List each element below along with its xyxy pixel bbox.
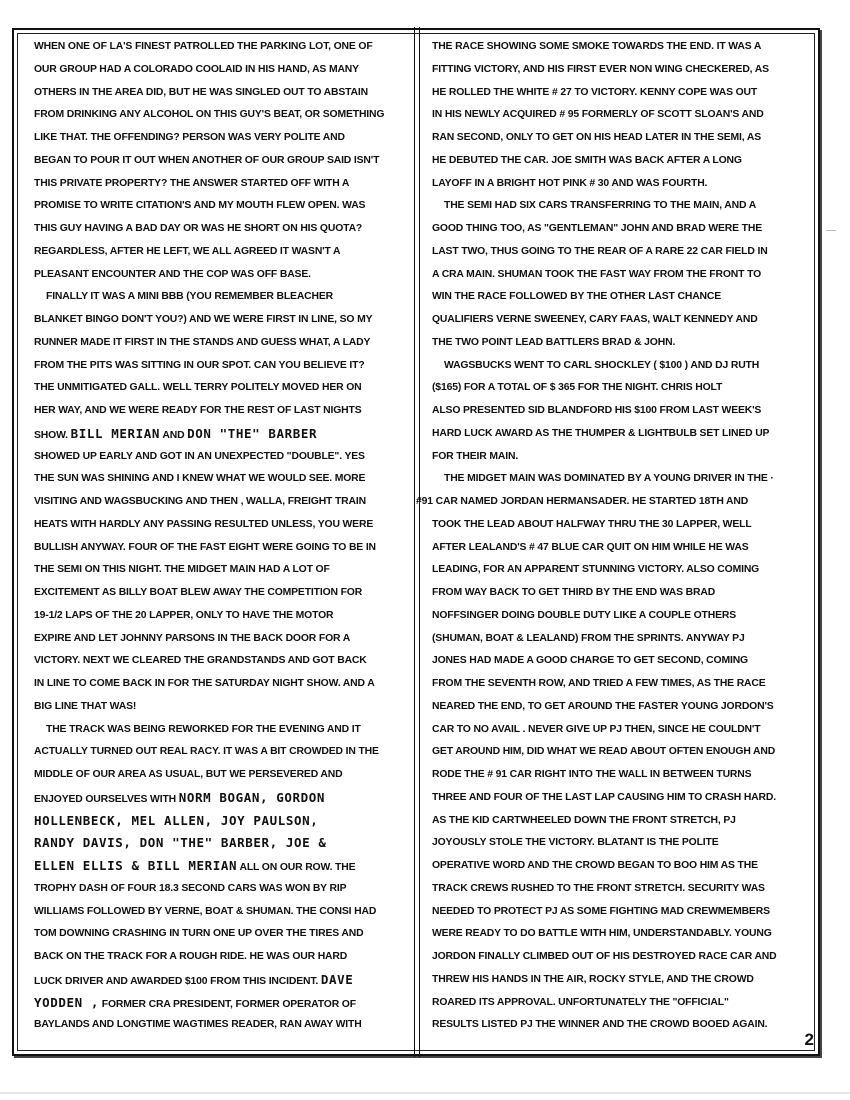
text-run: CAR TO NO AVAIL . NEVER GIVE UP PJ THEN,… bbox=[432, 724, 760, 735]
text-run: HEATS WITH HARDLY ANY PASSING RESULTED U… bbox=[34, 519, 373, 530]
text-run: FORMER CRA PRESIDENT, FORMER OPERATOR OF bbox=[99, 999, 356, 1010]
text-run: LUCK DRIVER AND AWARDED $100 FROM THIS I… bbox=[34, 976, 321, 987]
text-line: BIG LINE THAT WAS! bbox=[34, 696, 406, 719]
text-run: EXPIRE AND LET JOHNNY PARSONS IN THE BAC… bbox=[34, 633, 350, 644]
page-border: WHEN ONE OF LA'S FINEST PATROLLED THE PA… bbox=[12, 28, 820, 1056]
text-line: #91 CAR NAMED JORDAN HERMANSADER. HE STA… bbox=[416, 491, 804, 514]
text-run: ALSO PRESENTED SID BLANDFORD HIS $100 FR… bbox=[432, 405, 761, 416]
text-line: THE MIDGET MAIN WAS DOMINATED BY A YOUNG… bbox=[432, 468, 804, 491]
text-line: THE TWO POINT LEAD BATTLERS BRAD & JOHN. bbox=[432, 332, 804, 355]
text-line: LIKE THAT. THE OFFENDING? PERSON WAS VER… bbox=[34, 127, 406, 150]
bold-name: BILL MERIAN bbox=[71, 426, 160, 441]
text-run: JONES HAD MADE A GOOD CHARGE TO GET SECO… bbox=[432, 655, 748, 666]
text-line: TRACK CREWS RUSHED TO THE FRONT STRETCH.… bbox=[432, 878, 804, 901]
text-run: RODE THE # 91 CAR RIGHT INTO THE WALL IN… bbox=[432, 769, 751, 780]
text-run: IN HIS NEWLY ACQUIRED # 95 FORMERLY OF S… bbox=[432, 109, 764, 120]
text-run: AS THE KID CARTWHEELED DOWN THE FRONT ST… bbox=[432, 815, 736, 826]
text-line: THIS GUY HAVING A BAD DAY OR WAS HE SHOR… bbox=[34, 218, 406, 241]
text-run: FINALLY IT WAS A MINI BBB (YOU REMEMBER … bbox=[46, 291, 333, 302]
text-line: JOYOUSLY STOLE THE VICTORY. BLATANT IS T… bbox=[432, 832, 804, 855]
text-line: SHOWED UP EARLY AND GOT IN AN UNEXPECTED… bbox=[34, 446, 406, 469]
text-line: THE RACE SHOWING SOME SMOKE TOWARDS THE … bbox=[432, 36, 804, 59]
text-run: OPERATIVE WORD AND THE CROWD BEGAN TO BO… bbox=[432, 860, 758, 871]
text-run: EXCITEMENT AS BILLY BOAT BLEW AWAY THE C… bbox=[34, 587, 362, 598]
text-line: GET AROUND HIM, DID WHAT WE READ ABOUT O… bbox=[432, 741, 804, 764]
text-line: FROM DRINKING ANY ALCOHOL ON THIS GUY'S … bbox=[34, 104, 406, 127]
text-run: 19-1/2 LAPS OF THE 20 LAPPER, ONLY TO HA… bbox=[34, 610, 333, 621]
scan-mark bbox=[826, 230, 836, 231]
text-line: RAN SECOND, ONLY TO GET ON HIS HEAD LATE… bbox=[432, 127, 804, 150]
text-line: NEEDED TO PROTECT PJ AS SOME FIGHTING MA… bbox=[432, 901, 804, 924]
text-run: FROM THE PITS WAS SITTING IN OUR SPOT. C… bbox=[34, 360, 365, 371]
text-line: VISITING AND WAGSBUCKING AND THEN , WALL… bbox=[34, 491, 406, 514]
column-divider bbox=[414, 27, 420, 1057]
text-run: THIS GUY HAVING A BAD DAY OR WAS HE SHOR… bbox=[34, 223, 362, 234]
bold-name: DAVE bbox=[321, 972, 354, 987]
text-line: AS THE KID CARTWHEELED DOWN THE FRONT ST… bbox=[432, 810, 804, 833]
text-run: ROARED ITS APPROVAL. UNFORTUNATELY THE "… bbox=[432, 997, 729, 1008]
text-line: TROPHY DASH OF FOUR 18.3 SECOND CARS WAS… bbox=[34, 878, 406, 901]
text-line: ELLEN ELLIS & BILL MERIAN ALL ON OUR ROW… bbox=[34, 855, 406, 878]
page-number: 2 bbox=[805, 1030, 814, 1050]
text-run: VICTORY. NEXT WE CLEARED THE GRANDSTANDS… bbox=[34, 655, 367, 666]
text-run: BLANKET BINGO DON'T YOU?) AND WE WERE FI… bbox=[34, 314, 372, 325]
text-line: WAGSBUCKS WENT TO CARL SHOCKLEY ( $100 )… bbox=[432, 355, 804, 378]
text-run: BAYLANDS AND LONGTIME WAGTIMES READER, R… bbox=[34, 1019, 362, 1030]
right-column: THE RACE SHOWING SOME SMOKE TOWARDS THE … bbox=[432, 36, 804, 1037]
text-line: THREW HIS HANDS IN THE AIR, ROCKY STYLE,… bbox=[432, 969, 804, 992]
text-run: OUR GROUP HAD A COLORADO COOLAID IN HIS … bbox=[34, 64, 359, 75]
scan-edge bbox=[0, 1092, 850, 1094]
text-line: REGARDLESS, AFTER HE LEFT, WE ALL AGREED… bbox=[34, 241, 406, 264]
text-run: GET AROUND HIM, DID WHAT WE READ ABOUT O… bbox=[432, 746, 775, 757]
text-run: NEEDED TO PROTECT PJ AS SOME FIGHTING MA… bbox=[432, 906, 770, 917]
text-run: GOOD THING TOO, AS "GENTLEMAN" JOHN AND … bbox=[432, 223, 762, 234]
text-line: WILLIAMS FOLLOWED BY VERNE, BOAT & SHUMA… bbox=[34, 901, 406, 924]
text-line: HE DEBUTED THE CAR. JOE SMITH WAS BACK A… bbox=[432, 150, 804, 173]
text-run: FITTING VICTORY, AND HIS FIRST EVER NON … bbox=[432, 64, 769, 75]
text-run: RESULTS LISTED PJ THE WINNER AND THE CRO… bbox=[432, 1019, 767, 1030]
text-line: FINALLY IT WAS A MINI BBB (YOU REMEMBER … bbox=[34, 286, 406, 309]
text-line: IN HIS NEWLY ACQUIRED # 95 FORMERLY OF S… bbox=[432, 104, 804, 127]
text-line: 19-1/2 LAPS OF THE 20 LAPPER, ONLY TO HA… bbox=[34, 605, 406, 628]
text-line: THE SUN WAS SHINING AND I KNEW WHAT WE W… bbox=[34, 468, 406, 491]
text-line: IN LINE TO COME BACK IN FOR THE SATURDAY… bbox=[34, 673, 406, 696]
text-line: FROM THE PITS WAS SITTING IN OUR SPOT. C… bbox=[34, 355, 406, 378]
text-run: OTHERS IN THE AREA DID, BUT HE WAS SINGL… bbox=[34, 87, 368, 98]
text-run: ACTUALLY TURNED OUT REAL RACY. IT WAS A … bbox=[34, 746, 379, 757]
text-line: (SHUMAN, BOAT & LEALAND) FROM THE SPRINT… bbox=[432, 628, 804, 651]
text-line: ROARED ITS APPROVAL. UNFORTUNATELY THE "… bbox=[432, 992, 804, 1015]
text-line: FROM THE SEVENTH ROW, AND TRIED A FEW TI… bbox=[432, 673, 804, 696]
text-line: YODDEN , FORMER CRA PRESIDENT, FORMER OP… bbox=[34, 992, 406, 1015]
text-line: MIDDLE OF OUR AREA AS USUAL, BUT WE PERS… bbox=[34, 764, 406, 787]
text-line: RESULTS LISTED PJ THE WINNER AND THE CRO… bbox=[432, 1014, 804, 1037]
text-line: EXPIRE AND LET JOHNNY PARSONS IN THE BAC… bbox=[34, 628, 406, 651]
text-line: A CRA MAIN. SHUMAN TOOK THE FAST WAY FRO… bbox=[432, 264, 804, 287]
text-line: PLEASANT ENCOUNTER AND THE COP WAS OFF B… bbox=[34, 264, 406, 287]
text-line: HOLLENBECK, MEL ALLEN, JOY PAULSON, bbox=[34, 810, 406, 833]
text-run: JOYOUSLY STOLE THE VICTORY. BLATANT IS T… bbox=[432, 837, 719, 848]
text-line: AFTER LEALAND'S # 47 BLUE CAR QUIT ON HI… bbox=[432, 537, 804, 560]
text-run: IN LINE TO COME BACK IN FOR THE SATURDAY… bbox=[34, 678, 375, 689]
text-line: NOFFSINGER DOING DOUBLE DUTY LIKE A COUP… bbox=[432, 605, 804, 628]
text-line: THE SEMI HAD SIX CARS TRANSFERRING TO TH… bbox=[432, 195, 804, 218]
text-line: BEGAN TO POUR IT OUT WHEN ANOTHER OF OUR… bbox=[34, 150, 406, 173]
text-line: ENJOYED OURSELVES WITH NORM BOGAN, GORDO… bbox=[34, 787, 406, 810]
text-run: THE RACE SHOWING SOME SMOKE TOWARDS THE … bbox=[432, 41, 761, 52]
text-line: HARD LUCK AWARD AS THE THUMPER & LIGHTBU… bbox=[432, 423, 804, 446]
text-line: BACK ON THE TRACK FOR A ROUGH RIDE. HE W… bbox=[34, 946, 406, 969]
text-run: THREW HIS HANDS IN THE AIR, ROCKY STYLE,… bbox=[432, 974, 754, 985]
text-line: RANDY DAVIS, DON "THE" BARBER, JOE & bbox=[34, 832, 406, 855]
text-line: LEADING, FOR AN APPARENT STUNNING VICTOR… bbox=[432, 559, 804, 582]
text-line: TOOK THE LEAD ABOUT HALFWAY THRU THE 30 … bbox=[432, 514, 804, 537]
text-run: RAN SECOND, ONLY TO GET ON HIS HEAD LATE… bbox=[432, 132, 761, 143]
text-run: NOFFSINGER DOING DOUBLE DUTY LIKE A COUP… bbox=[432, 610, 736, 621]
bold-name: DON "THE" BARBER bbox=[187, 426, 317, 441]
bold-name: HOLLENBECK, MEL ALLEN, JOY PAULSON, bbox=[34, 813, 318, 828]
text-run: #91 CAR NAMED JORDAN HERMANSADER. HE STA… bbox=[416, 496, 748, 507]
text-run: BACK ON THE TRACK FOR A ROUGH RIDE. HE W… bbox=[34, 951, 347, 962]
text-line: ($165) FOR A TOTAL OF $ 365 FOR THE NIGH… bbox=[432, 377, 804, 400]
text-line: FOR THEIR MAIN. bbox=[432, 446, 804, 469]
text-line: THE UNMITIGATED GALL. WELL TERRY POLITEL… bbox=[34, 377, 406, 400]
text-line: OUR GROUP HAD A COLORADO COOLAID IN HIS … bbox=[34, 59, 406, 82]
text-run: VISITING AND WAGSBUCKING AND THEN , WALL… bbox=[34, 496, 366, 507]
text-run: SHOW. bbox=[34, 430, 71, 441]
text-run: AFTER LEALAND'S # 47 BLUE CAR QUIT ON HI… bbox=[432, 542, 749, 553]
text-run: WAGSBUCKS WENT TO CARL SHOCKLEY ( $100 )… bbox=[444, 360, 759, 371]
text-line: THREE AND FOUR OF THE LAST LAP CAUSING H… bbox=[432, 787, 804, 810]
text-line: CAR TO NO AVAIL . NEVER GIVE UP PJ THEN,… bbox=[432, 719, 804, 742]
text-line: ALSO PRESENTED SID BLANDFORD HIS $100 FR… bbox=[432, 400, 804, 423]
text-line: OTHERS IN THE AREA DID, BUT HE WAS SINGL… bbox=[34, 82, 406, 105]
text-run: THE SEMI HAD SIX CARS TRANSFERRING TO TH… bbox=[444, 200, 756, 211]
bold-name: YODDEN , bbox=[34, 995, 99, 1010]
bold-name: RANDY DAVIS, DON "THE" BARBER, JOE & bbox=[34, 835, 327, 850]
text-run: JORDON FINALLY CLIMBED OUT OF HIS DESTRO… bbox=[432, 951, 777, 962]
text-run: PLEASANT ENCOUNTER AND THE COP WAS OFF B… bbox=[34, 269, 311, 280]
text-line: WHEN ONE OF LA'S FINEST PATROLLED THE PA… bbox=[34, 36, 406, 59]
text-line: BLANKET BINGO DON'T YOU?) AND WE WERE FI… bbox=[34, 309, 406, 332]
text-line: LAST TWO, THUS GOING TO THE REAR OF A RA… bbox=[432, 241, 804, 264]
text-run: A CRA MAIN. SHUMAN TOOK THE FAST WAY FRO… bbox=[432, 269, 761, 280]
text-line: PROMISE TO WRITE CITATION'S AND MY MOUTH… bbox=[34, 195, 406, 218]
text-run: THE SEMI ON THIS NIGHT. THE MIDGET MAIN … bbox=[34, 564, 330, 575]
text-run: HE DEBUTED THE CAR. JOE SMITH WAS BACK A… bbox=[432, 155, 742, 166]
text-line: GOOD THING TOO, AS "GENTLEMAN" JOHN AND … bbox=[432, 218, 804, 241]
text-line: HER WAY, AND WE WERE READY FOR THE REST … bbox=[34, 400, 406, 423]
text-line: JORDON FINALLY CLIMBED OUT OF HIS DESTRO… bbox=[432, 946, 804, 969]
text-line: WIN THE RACE FOLLOWED BY THE OTHER LAST … bbox=[432, 286, 804, 309]
text-run: LIKE THAT. THE OFFENDING? PERSON WAS VER… bbox=[34, 132, 345, 143]
text-line: TOM DOWNING CRASHING IN TURN ONE UP OVER… bbox=[34, 923, 406, 946]
text-run: TOM DOWNING CRASHING IN TURN ONE UP OVER… bbox=[34, 928, 363, 939]
text-line: NEARED THE END, TO GET AROUND THE FASTER… bbox=[432, 696, 804, 719]
text-run: THE TWO POINT LEAD BATTLERS BRAD & JOHN. bbox=[432, 337, 675, 348]
text-line: BAYLANDS AND LONGTIME WAGTIMES READER, R… bbox=[34, 1014, 406, 1037]
text-run: HARD LUCK AWARD AS THE THUMPER & LIGHTBU… bbox=[432, 428, 769, 439]
text-run: THE MIDGET MAIN WAS DOMINATED BY A YOUNG… bbox=[444, 473, 774, 484]
text-line: SHOW. BILL MERIAN AND DON "THE" BARBER bbox=[34, 423, 406, 446]
text-line: RODE THE # 91 CAR RIGHT INTO THE WALL IN… bbox=[432, 764, 804, 787]
text-run: HER WAY, AND WE WERE READY FOR THE REST … bbox=[34, 405, 362, 416]
text-line: WERE READY TO DO BATTLE WITH HIM, UNDERS… bbox=[432, 923, 804, 946]
text-run: BIG LINE THAT WAS! bbox=[34, 701, 136, 712]
text-run: WHEN ONE OF LA'S FINEST PATROLLED THE PA… bbox=[34, 41, 373, 52]
text-run: BULLISH ANYWAY. FOUR OF THE FAST EIGHT W… bbox=[34, 542, 376, 553]
text-run: HE ROLLED THE WHITE # 27 TO VICTORY. KEN… bbox=[432, 87, 757, 98]
text-line: LUCK DRIVER AND AWARDED $100 FROM THIS I… bbox=[34, 969, 406, 992]
text-run: FOR THEIR MAIN. bbox=[432, 451, 518, 462]
text-run: FROM THE SEVENTH ROW, AND TRIED A FEW TI… bbox=[432, 678, 766, 689]
text-line: THE SEMI ON THIS NIGHT. THE MIDGET MAIN … bbox=[34, 559, 406, 582]
text-run: THE TRACK WAS BEING REWORKED FOR THE EVE… bbox=[46, 724, 361, 735]
text-line: FROM WAY BACK TO GET THIRD BY THE END WA… bbox=[432, 582, 804, 605]
text-run: ALL ON OUR ROW. THE bbox=[237, 862, 355, 873]
text-run: WIN THE RACE FOLLOWED BY THE OTHER LAST … bbox=[432, 291, 721, 302]
text-run: LEADING, FOR AN APPARENT STUNNING VICTOR… bbox=[432, 564, 759, 575]
text-run: QUALIFIERS VERNE SWEENEY, CARY FAAS, WAL… bbox=[432, 314, 758, 325]
text-run: REGARDLESS, AFTER HE LEFT, WE ALL AGREED… bbox=[34, 246, 340, 257]
text-run: AND bbox=[160, 430, 187, 441]
text-run: ($165) FOR A TOTAL OF $ 365 FOR THE NIGH… bbox=[432, 382, 722, 393]
bold-name: ELLEN ELLIS & BILL MERIAN bbox=[34, 858, 237, 873]
text-line: OPERATIVE WORD AND THE CROWD BEGAN TO BO… bbox=[432, 855, 804, 878]
text-line: LAYOFF IN A BRIGHT HOT PINK # 30 AND WAS… bbox=[432, 173, 804, 196]
text-run: LAST TWO, THUS GOING TO THE REAR OF A RA… bbox=[432, 246, 768, 257]
text-line: QUALIFIERS VERNE SWEENEY, CARY FAAS, WAL… bbox=[432, 309, 804, 332]
bold-name: NORM BOGAN, GORDON bbox=[179, 790, 325, 805]
text-run: SHOWED UP EARLY AND GOT IN AN UNEXPECTED… bbox=[34, 451, 365, 462]
text-run: TOOK THE LEAD ABOUT HALFWAY THRU THE 30 … bbox=[432, 519, 752, 530]
text-run: LAYOFF IN A BRIGHT HOT PINK # 30 AND WAS… bbox=[432, 178, 707, 189]
text-run: WILLIAMS FOLLOWED BY VERNE, BOAT & SHUMA… bbox=[34, 906, 376, 917]
text-run: FROM WAY BACK TO GET THIRD BY THE END WA… bbox=[432, 587, 715, 598]
text-run: THE SUN WAS SHINING AND I KNEW WHAT WE W… bbox=[34, 473, 365, 484]
text-line: ACTUALLY TURNED OUT REAL RACY. IT WAS A … bbox=[34, 741, 406, 764]
text-line: RUNNER MADE IT FIRST IN THE STANDS AND G… bbox=[34, 332, 406, 355]
text-run: THREE AND FOUR OF THE LAST LAP CAUSING H… bbox=[432, 792, 776, 803]
text-line: THIS PRIVATE PROPERTY? THE ANSWER STARTE… bbox=[34, 173, 406, 196]
left-column: WHEN ONE OF LA'S FINEST PATROLLED THE PA… bbox=[34, 36, 406, 1037]
text-run: FROM DRINKING ANY ALCOHOL ON THIS GUY'S … bbox=[34, 109, 384, 120]
text-run: NEARED THE END, TO GET AROUND THE FASTER… bbox=[432, 701, 774, 712]
text-run: (SHUMAN, BOAT & LEALAND) FROM THE SPRINT… bbox=[432, 633, 745, 644]
text-line: VICTORY. NEXT WE CLEARED THE GRANDSTANDS… bbox=[34, 650, 406, 673]
text-run: TROPHY DASH OF FOUR 18.3 SECOND CARS WAS… bbox=[34, 883, 346, 894]
text-line: HEATS WITH HARDLY ANY PASSING RESULTED U… bbox=[34, 514, 406, 537]
text-line: FITTING VICTORY, AND HIS FIRST EVER NON … bbox=[432, 59, 804, 82]
text-run: THE UNMITIGATED GALL. WELL TERRY POLITEL… bbox=[34, 382, 362, 393]
text-run: PROMISE TO WRITE CITATION'S AND MY MOUTH… bbox=[34, 200, 365, 211]
text-run: MIDDLE OF OUR AREA AS USUAL, BUT WE PERS… bbox=[34, 769, 342, 780]
text-run: BEGAN TO POUR IT OUT WHEN ANOTHER OF OUR… bbox=[34, 155, 379, 166]
text-line: JONES HAD MADE A GOOD CHARGE TO GET SECO… bbox=[432, 650, 804, 673]
text-line: EXCITEMENT AS BILLY BOAT BLEW AWAY THE C… bbox=[34, 582, 406, 605]
text-run: TRACK CREWS RUSHED TO THE FRONT STRETCH.… bbox=[432, 883, 765, 894]
text-line: BULLISH ANYWAY. FOUR OF THE FAST EIGHT W… bbox=[34, 537, 406, 560]
text-run: RUNNER MADE IT FIRST IN THE STANDS AND G… bbox=[34, 337, 370, 348]
text-line: HE ROLLED THE WHITE # 27 TO VICTORY. KEN… bbox=[432, 82, 804, 105]
text-run: WERE READY TO DO BATTLE WITH HIM, UNDERS… bbox=[432, 928, 772, 939]
text-run: THIS PRIVATE PROPERTY? THE ANSWER STARTE… bbox=[34, 178, 349, 189]
text-line: THE TRACK WAS BEING REWORKED FOR THE EVE… bbox=[34, 719, 406, 742]
text-run: ENJOYED OURSELVES WITH bbox=[34, 794, 179, 805]
